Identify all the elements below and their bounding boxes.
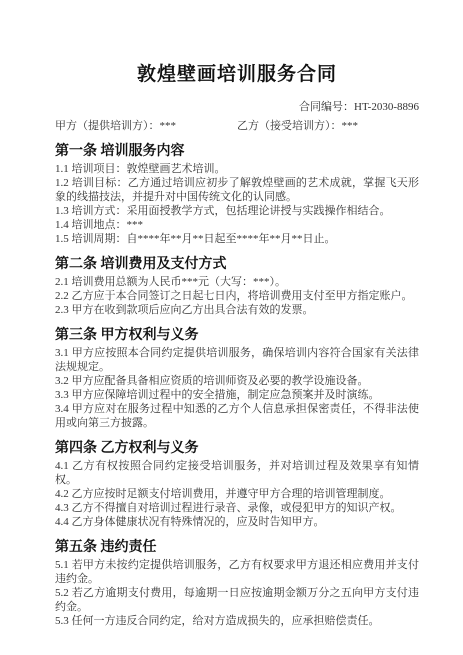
contract-document-page: 敦煌壁画培训服务合同 合同编号：HT-2030-8896 甲方（提供培训方）：*… xyxy=(0,0,463,655)
clause: 3.4 甲方应对在服务过程中知悉的乙方个人信息承担保密责任，不得非法使用或向第三… xyxy=(55,402,419,430)
clause: 2.1 培训费用总额为人民币***元（大写：***）。 xyxy=(55,275,419,289)
clause: 4.3 乙方不得擅自对培训过程进行录音、录像，或侵犯甲方的知识产权。 xyxy=(55,501,419,515)
clause: 2.2 乙方应于本合同签订之日起七日内，将培训费用支付至甲方指定账户。 xyxy=(55,289,419,303)
clause: 2.3 甲方在收到款项后应向乙方出具合法有效的发票。 xyxy=(55,303,419,317)
section-heading: 第三条 甲方权利与义务 xyxy=(55,328,419,343)
clause: 4.2 乙方应按时足额支付培训费用，并遵守甲方合理的培训管理制度。 xyxy=(55,487,419,501)
clause: 4.4 乙方身体健康状况有特殊情况的，应及时告知甲方。 xyxy=(55,515,419,529)
party-b-label: 乙方（接受培训方）：*** xyxy=(237,119,419,133)
clause: 1.5 培训周期：自****年**月**日起至****年**月**日止。 xyxy=(55,232,419,246)
party-a-label: 甲方（提供培训方）：*** xyxy=(55,119,237,133)
parties-row: 甲方（提供培训方）：*** 乙方（接受培训方）：*** xyxy=(55,119,419,133)
section-heading: 第一条 培训服务内容 xyxy=(55,144,419,159)
clause: 3.2 甲方应配备具备相应资质的培训师资及必要的教学设施设备。 xyxy=(55,374,419,388)
clause: 3.3 甲方应保障培训过程中的安全措施，制定应急预案并及时演练。 xyxy=(55,388,419,402)
clause: 4.1 乙方有权按照合同约定接受培训服务，并对培训过程及效果享有知情权。 xyxy=(55,459,419,487)
section-party-a-rights: 第三条 甲方权利与义务 3.1 甲方应按照本合同约定提供培训服务，确保培训内容符… xyxy=(55,328,419,430)
section-fees-payment: 第二条 培训费用及支付方式 2.1 培训费用总额为人民币***元（大写：***）… xyxy=(55,257,419,317)
document-title: 敦煌壁画培训服务合同 xyxy=(55,62,419,88)
section-training-content: 第一条 培训服务内容 1.1 培训项目：敦煌壁画艺术培训。 1.2 培训目标：乙… xyxy=(55,144,419,246)
clause: 5.1 若甲方未按约定提供培训服务，乙方有权要求甲方退还相应费用并支付违约金。 xyxy=(55,558,419,586)
clause: 1.4 培训地点：*** xyxy=(55,218,419,232)
section-heading: 第二条 培训费用及支付方式 xyxy=(55,257,419,272)
section-heading: 第四条 乙方权利与义务 xyxy=(55,441,419,456)
clause: 5.3 任何一方违反合同约定，给对方造成损失的，应承担赔偿责任。 xyxy=(55,614,419,628)
clause: 1.1 培训项目：敦煌壁画艺术培训。 xyxy=(55,162,419,176)
contract-number: 合同编号：HT-2030-8896 xyxy=(55,100,419,114)
clause: 1.2 培训目标：乙方通过培训应初步了解敦煌壁画的艺术成就，掌握飞天形象的线描技… xyxy=(55,176,419,204)
section-breach-liability: 第五条 违约责任 5.1 若甲方未按约定提供培训服务，乙方有权要求甲方退还相应费… xyxy=(55,540,419,628)
section-heading: 第五条 违约责任 xyxy=(55,540,419,555)
clause: 1.3 培训方式：采用面授教学方式，包括理论讲授与实践操作相结合。 xyxy=(55,204,419,218)
clause: 5.2 若乙方逾期支付费用，每逾期一日应按逾期金额万分之五向甲方支付违约金。 xyxy=(55,586,419,614)
section-party-b-rights: 第四条 乙方权利与义务 4.1 乙方有权按照合同约定接受培训服务，并对培训过程及… xyxy=(55,441,419,529)
clause: 3.1 甲方应按照本合同约定提供培训服务，确保培训内容符合国家有关法律法规规定。 xyxy=(55,346,419,374)
